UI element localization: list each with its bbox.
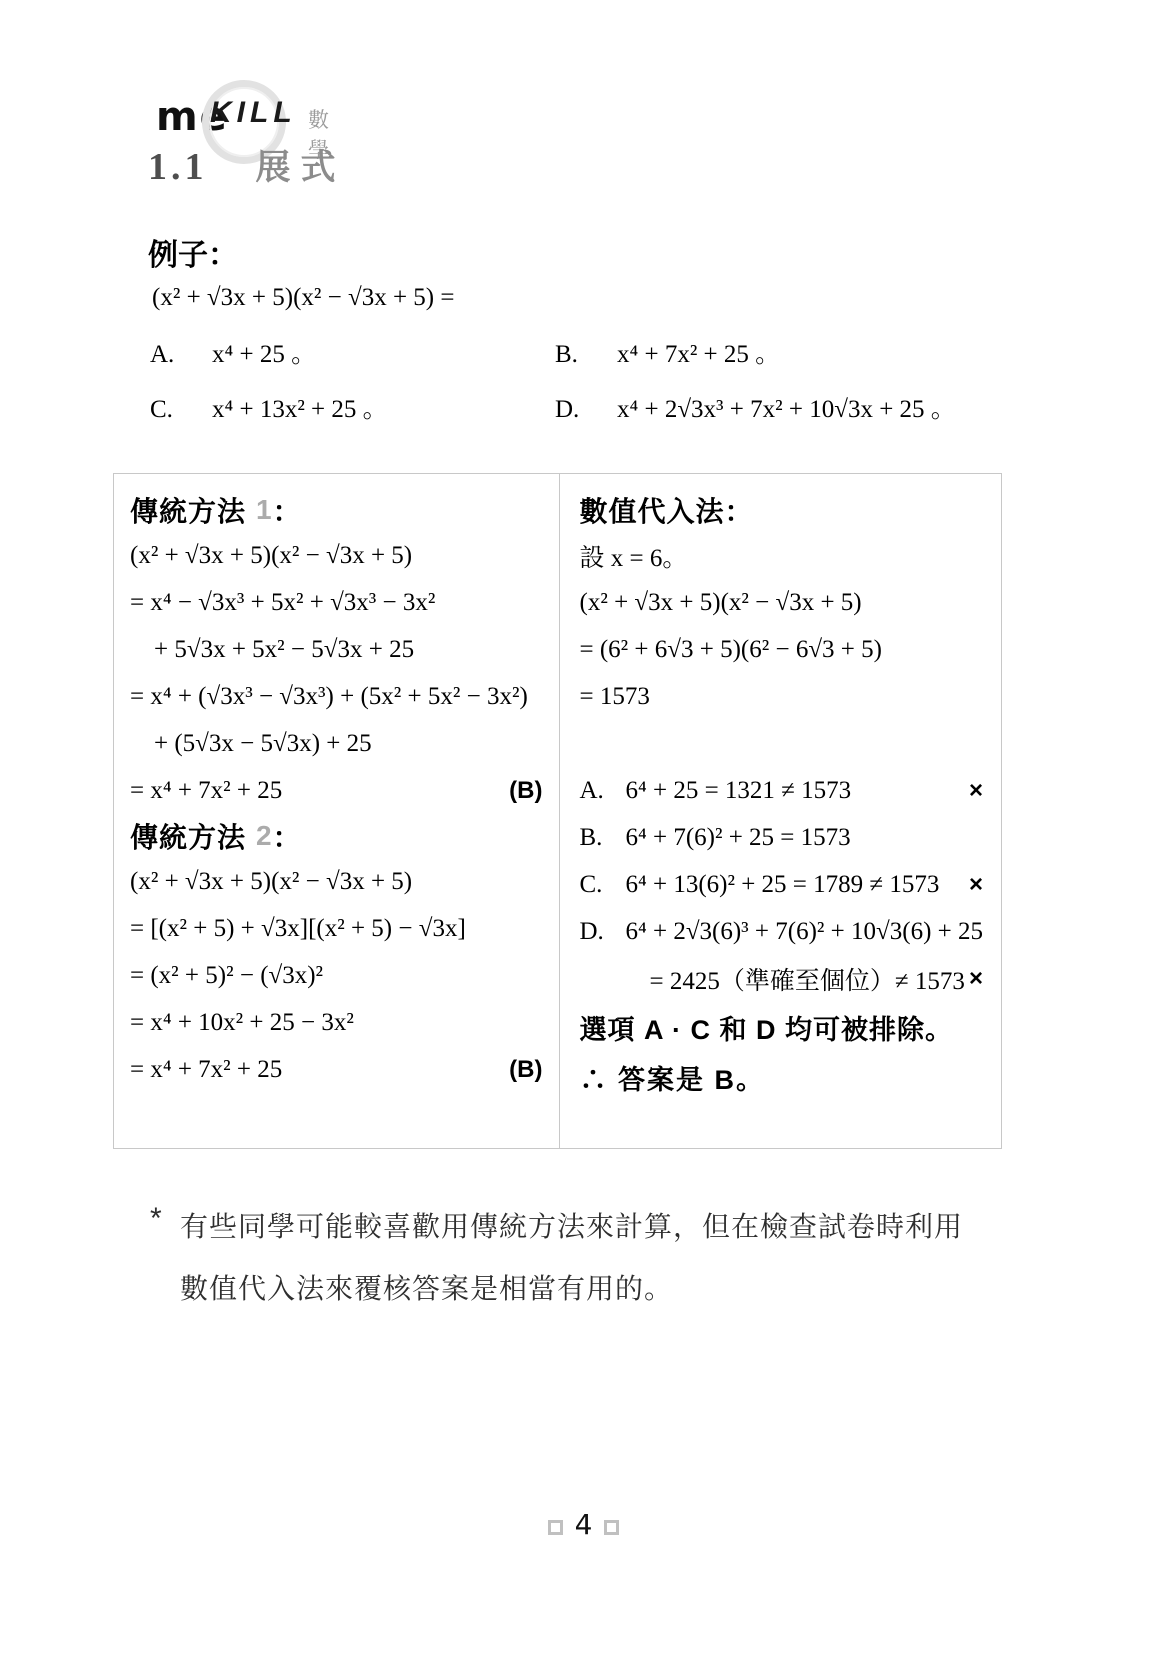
check-b-label: B. [580,824,626,852]
spacer [580,720,988,767]
option-a-text: x⁴ + 25 。 [212,334,316,370]
math-line: = (6² + 6√3 + 5)(6² − 6√3 + 5) [580,626,988,673]
textbook-page: me KILL 數學 1.1展式 例子： (x² + √3x + 5)(x² −… [0,0,1167,1653]
option-b: B. x⁴ + 7x² + 25 。 [555,334,1030,370]
check-b-text: 6⁴ + 7(6)² + 25 = 1573 [626,824,851,852]
method2-title: 傳統方法 2 ： [130,814,549,858]
option-c: C. x⁴ + 13x² + 25 。 [150,389,555,425]
page-footer: 4 [0,1508,1167,1541]
option-c-label: C. [150,396,212,424]
option-a-label: A. [150,341,212,369]
cross-mark-icon: × [969,777,987,805]
method1-colon: ： [273,490,302,530]
math-line: (x² + √3x + 5)(x² − √3x + 5) [130,858,549,905]
section-number: 1.1 [148,146,208,188]
answer-tag: (B) [509,777,548,805]
math-line-result: = x⁴ + 7x² + 25 (B) [130,1046,549,1093]
cross-mark-icon: × [969,871,987,899]
check-d-text: 6⁴ + 2√3(6)³ + 7(6)² + 10√3(6) + 25 [626,918,984,946]
math-line: = x⁴ + (√3x³ − √3x³) + (5x² + 5x² − 3x²) [130,673,549,720]
option-b-label: B. [555,341,617,369]
asterisk-marker: * [150,1196,180,1320]
check-c-label: C. [580,871,626,899]
math-line: = (x² + 5)² − (√3x)² [130,952,549,999]
method1-title-text: 傳統方法 [130,490,246,530]
math-line: (x² + √3x + 5)(x² − √3x + 5) [130,532,549,579]
numerical-method-title: 數值代入法： [580,488,988,532]
option-c-text: x⁴ + 13x² + 25 。 [212,389,388,425]
method1-number: 1 [256,494,273,526]
check-option-c: C. 6⁴ + 13(6)² + 25 = 1789 ≠ 1573 × [580,861,988,908]
check-option-d-continued: = 2425（準確至個位）≠ 1573 × [580,955,988,1002]
logo-kill-text: KILL [210,96,297,130]
option-b-text: x⁴ + 7x² + 25 。 [617,334,780,370]
result-text: = x⁴ + 7x² + 25 [130,1056,282,1084]
check-option-b: B. 6⁴ + 7(6)² + 25 = 1573 [580,814,988,861]
check-option-a: A. 6⁴ + 25 = 1321 ≠ 1573 × [580,767,988,814]
solution-box: 傳統方法 1 ： (x² + √3x + 5)(x² − √3x + 5) = … [113,473,1002,1149]
final-answer: ∴ 答案是 B。 [580,1052,988,1102]
check-c-text: 6⁴ + 13(6)² + 25 = 1789 ≠ 1573 [626,871,940,899]
elimination-conclusion: 選項 A · C 和 D 均可被排除。 [580,1002,988,1052]
answer-tag: (B) [509,1056,548,1084]
math-line: = [(x² + 5) + √3x][(x² + 5) − √3x] [130,905,549,952]
options-grid: A. x⁴ + 25 。 B. x⁴ + 7x² + 25 。 C. x⁴ + … [150,334,1030,425]
method1-title: 傳統方法 1 ： [130,488,549,532]
traditional-methods-column: 傳統方法 1 ： (x² + √3x + 5)(x² − √3x + 5) = … [114,474,560,1148]
check-a-label: A. [580,777,626,805]
option-a: A. x⁴ + 25 。 [150,334,555,370]
option-d-text: x⁴ + 2√3x³ + 7x² + 10√3x + 25 。 [617,389,956,425]
method2-title-text: 傳統方法 [130,816,246,856]
check-option-d: D. 6⁴ + 2√3(6)³ + 7(6)² + 10√3(6) + 25 [580,908,988,955]
section-title: 展式 [256,148,346,187]
result-text: = x⁴ + 7x² + 25 [130,777,282,805]
math-line-result: = x⁴ + 7x² + 25 (B) [130,767,549,814]
math-line: = 1573 [580,673,988,720]
math-line: + (5√3x − 5√3x) + 25 [130,720,549,767]
section-heading: 1.1展式 [148,140,346,190]
option-d-label: D. [555,396,617,424]
square-ornament-icon [548,1520,563,1535]
example-problem: (x² + √3x + 5)(x² − √3x + 5) = [152,284,454,312]
square-ornament-icon [604,1520,619,1535]
math-line: (x² + √3x + 5)(x² − √3x + 5) [580,579,988,626]
math-line: = x⁴ − √3x³ + 5x² + √3x³ − 3x² [130,579,549,626]
math-line: + 5√3x + 5x² − 5√3x + 25 [130,626,549,673]
example-label: 例子： [148,230,238,274]
option-d: D. x⁴ + 2√3x³ + 7x² + 10√3x + 25 。 [555,389,1030,425]
check-a-text: 6⁴ + 25 = 1321 ≠ 1573 [626,777,852,805]
math-line: = x⁴ + 10x² + 25 − 3x² [130,999,549,1046]
footnote-text: 有些同學可能較喜歡用傳統方法來計算，但在檢查試卷時利用數值代入法來覆核答案是相當… [180,1196,980,1320]
method2-colon: ： [273,816,302,856]
footnote: * 有些同學可能較喜歡用傳統方法來計算，但在檢查試卷時利用數值代入法來覆核答案是… [150,1196,980,1320]
numerical-method-column: 數值代入法： 設 x = 6。 (x² + √3x + 5)(x² − √3x … [560,474,1002,1148]
setup-line: 設 x = 6。 [580,532,988,579]
check-d-label: D. [580,918,626,946]
page-number: 4 [575,1508,593,1541]
check-d2-text: = 2425（準確至個位）≠ 1573 [650,961,965,997]
cross-mark-icon: × [969,965,987,993]
method2-number: 2 [256,820,273,852]
